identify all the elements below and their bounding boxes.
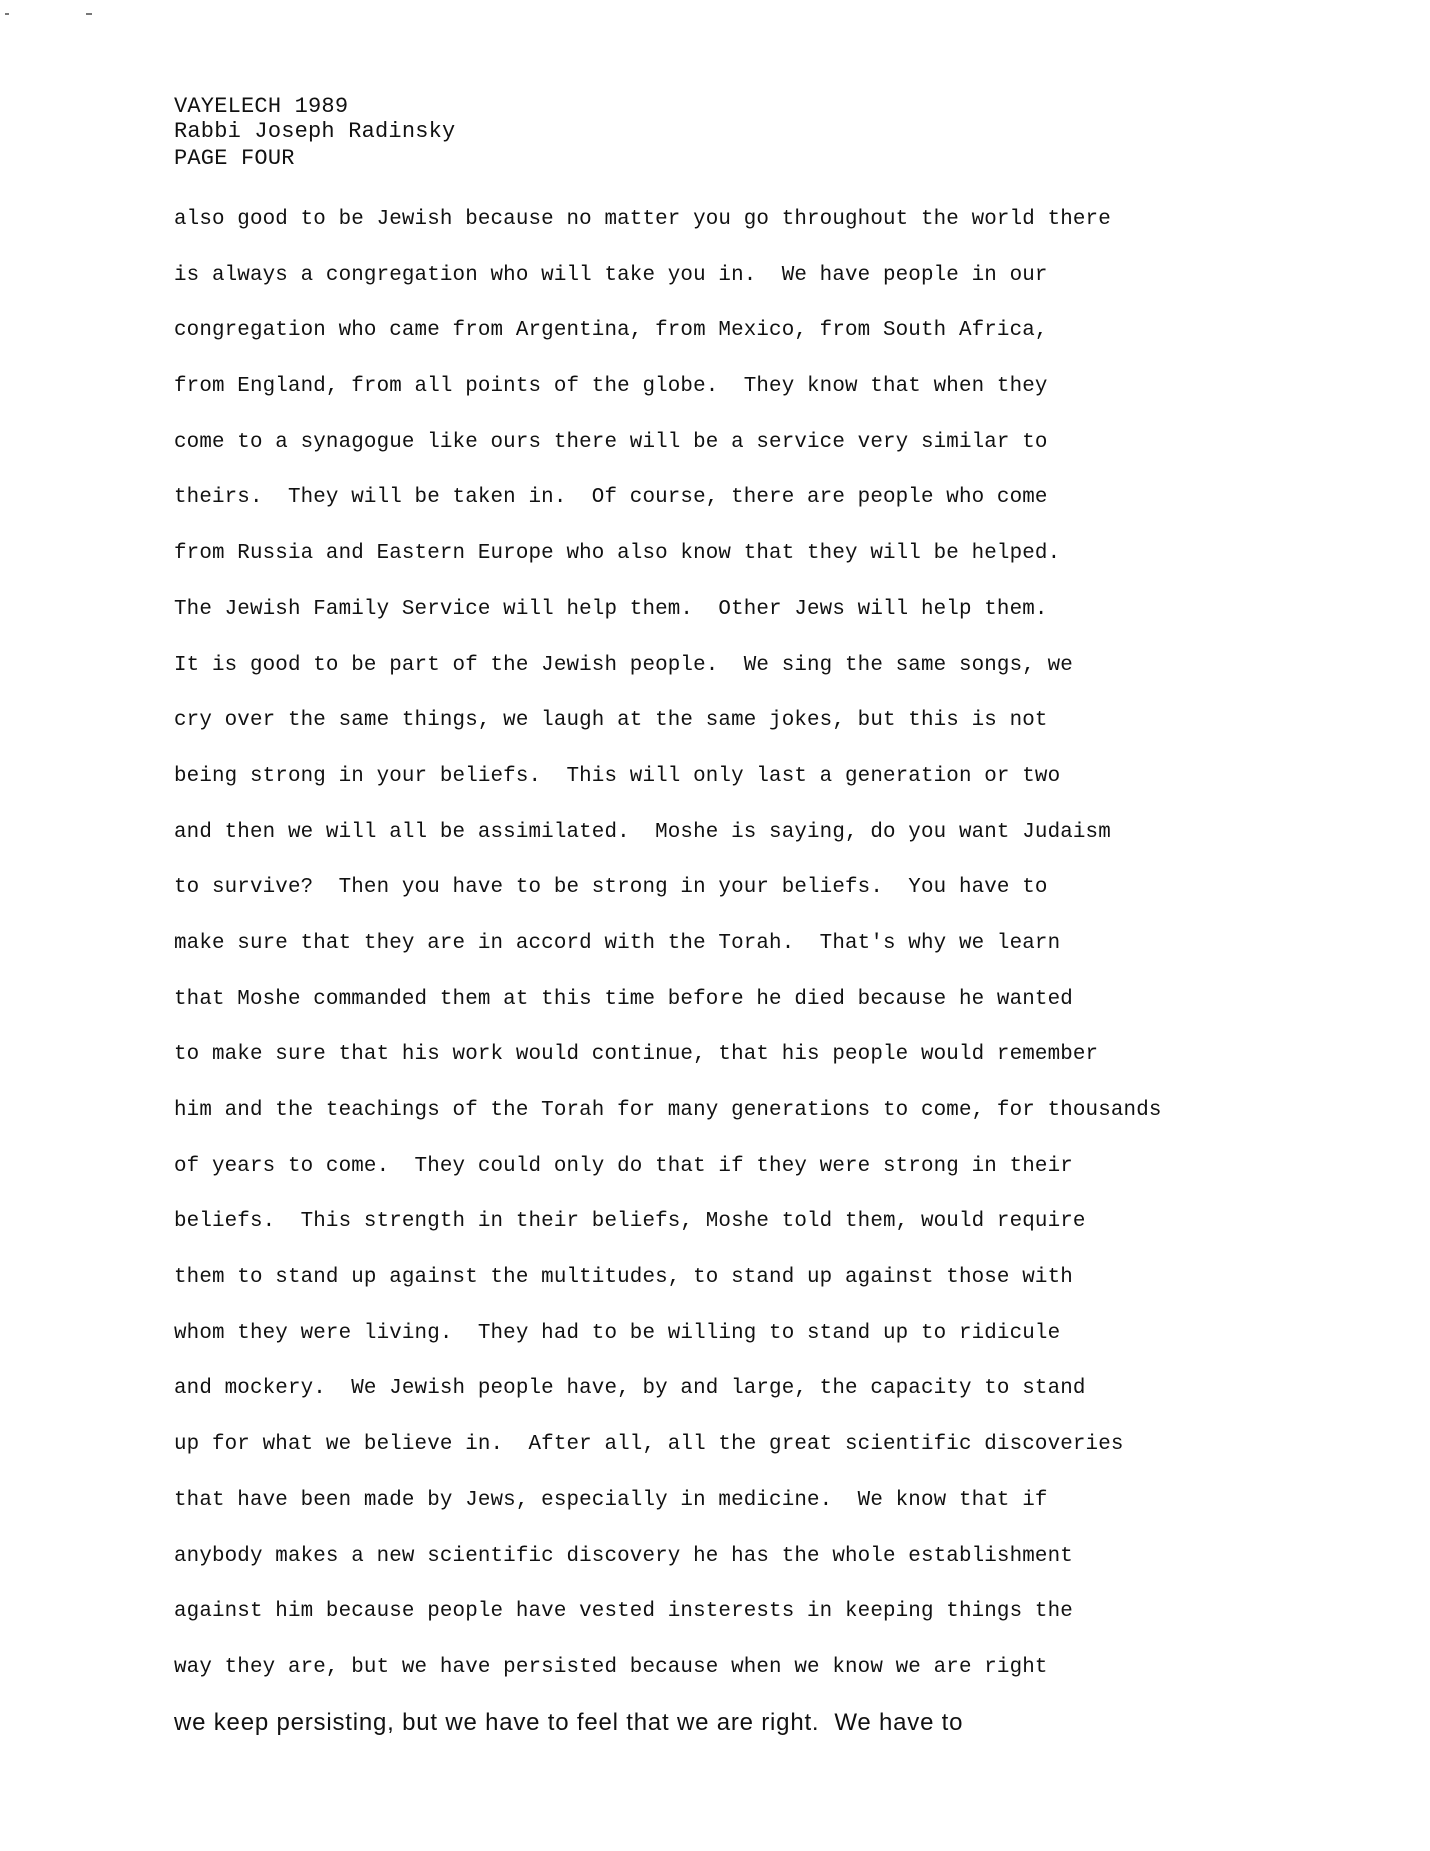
text-line: being strong in your beliefs. This will … (174, 761, 1162, 817)
text-line: from Russia and Eastern Europe who also … (174, 538, 1162, 594)
text-line: theirs. They will be taken in. Of course… (174, 482, 1162, 538)
text-line: to make sure that his work would continu… (174, 1039, 1162, 1095)
text-line: come to a synagogue like ours there will… (174, 427, 1162, 483)
sermon-title: VAYELECH 1989 (174, 94, 455, 119)
text-line: them to stand up against the multitudes,… (174, 1262, 1162, 1318)
page-label: PAGE FOUR (174, 146, 455, 171)
author-name: Rabbi Joseph Radinsky (174, 119, 455, 144)
text-line: against him because people have vested i… (174, 1596, 1162, 1652)
scan-artifact (86, 13, 92, 15)
text-line: him and the teachings of the Torah for m… (174, 1095, 1162, 1151)
text-line: beliefs. This strength in their beliefs,… (174, 1206, 1162, 1262)
text-line: The Jewish Family Service will help them… (174, 594, 1162, 650)
text-line: up for what we believe in. After all, al… (174, 1429, 1162, 1485)
text-line: It is good to be part of the Jewish peop… (174, 650, 1162, 706)
scan-artifact (5, 13, 9, 15)
text-line: is always a congregation who will take y… (174, 260, 1162, 316)
text-line: and mockery. We Jewish people have, by a… (174, 1373, 1162, 1429)
document-header: VAYELECH 1989 Rabbi Joseph Radinsky PAGE… (174, 94, 455, 171)
text-line: and then we will all be assimilated. Mos… (174, 817, 1162, 873)
document-page: VAYELECH 1989 Rabbi Joseph Radinsky PAGE… (0, 0, 1430, 1851)
text-line: also good to be Jewish because no matter… (174, 204, 1162, 260)
text-line: congregation who came from Argentina, fr… (174, 315, 1162, 371)
text-line: way they are, but we have persisted beca… (174, 1652, 1162, 1708)
text-line: whom they were living. They had to be wi… (174, 1318, 1162, 1374)
text-line: anybody makes a new scientific discovery… (174, 1541, 1162, 1597)
text-line: that have been made by Jews, especially … (174, 1485, 1162, 1541)
body-text: also good to be Jewish because no matter… (174, 204, 1192, 1763)
text-line: from England, from all points of the glo… (174, 371, 1162, 427)
text-line: that Moshe commanded them at this time b… (174, 984, 1162, 1040)
text-line: make sure that they are in accord with t… (174, 928, 1162, 984)
text-line: we keep persisting, but we have to feel … (174, 1708, 1192, 1764)
text-line: cry over the same things, we laugh at th… (174, 705, 1162, 761)
text-line: to survive? Then you have to be strong i… (174, 872, 1162, 928)
text-line: of years to come. They could only do tha… (174, 1151, 1162, 1207)
